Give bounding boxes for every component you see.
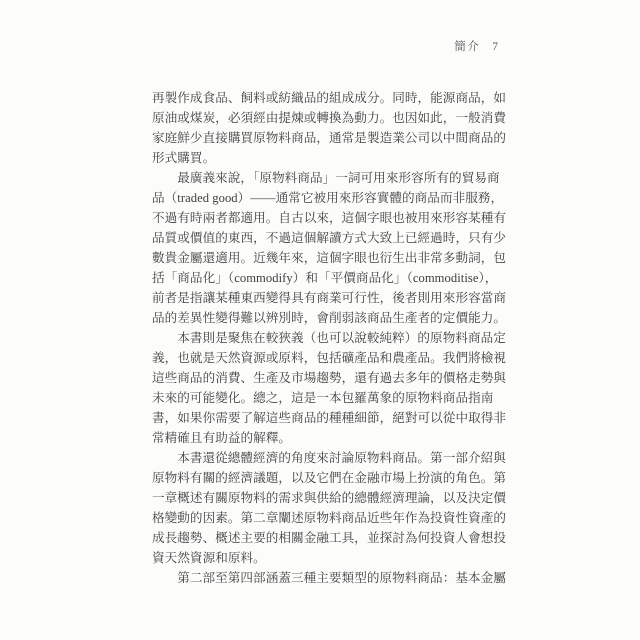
body-text-line: 家庭鮮少直接購買原物料商品，通常是製造業公司以中間商品的	[152, 128, 512, 148]
body-text-line: 本書還從總體經濟的角度來討論原物料商品。第一部介紹與	[152, 448, 512, 468]
body-text-line: 前者是指讓某種東西變得具有商業可行性，後者則用來形容當商	[152, 288, 512, 308]
running-header: 簡介7	[454, 38, 498, 54]
body-text-line: 成長趨勢、概述主要的相關金融工具，並探討為何投資人會想投	[152, 528, 512, 548]
body-text-line: 原油或煤炭，必須經由提煉或轉換為動力。也因如此，一般消費	[152, 108, 512, 128]
body-text-line: 數貴金屬還適用。近幾年來，這個字眼也衍生出非常多動詞，包	[152, 248, 512, 268]
book-page: 簡介7 再製作成食品、飼料或紡織品的組成成分。同時，能源商品，如原油或煤炭，必須…	[0, 0, 640, 640]
section-title: 簡介	[454, 41, 480, 53]
page-number: 7	[492, 41, 498, 53]
body-text-line: 品（traded good）——通常它被用來形容實體的商品而非服務，	[152, 188, 512, 208]
body-text-line: 不過有時兩者都適用。自古以來，這個字眼也被用來形容某種有	[152, 208, 512, 228]
body-text-line: 書，如果你需要了解這些商品的種種細節，絕對可以從中取得非	[152, 408, 512, 428]
body-text-line: 品的差異性變得難以辨別時，會削弱該商品生產者的定價能力。	[152, 308, 512, 328]
body-text-line: 原物料有關的經濟議題，以及它們在金融市場上扮演的角色。第	[152, 468, 512, 488]
body-text-line: 未來的可能變化。總之，這是一本包羅萬象的原物料商品指南	[152, 388, 512, 408]
body-text-line: 一章概述有關原物料的需求與供給的總體經濟理論，以及決定價	[152, 488, 512, 508]
body-text-line: 本書則是聚焦在較狹義（也可以說較純粹）的原物料商品定	[152, 328, 512, 348]
body-text-line: 再製作成食品、飼料或紡織品的組成成分。同時，能源商品，如	[152, 88, 512, 108]
body-text-line: 義，也就是天然資源或原料，包括礦產品和農產品。我們將檢視	[152, 348, 512, 368]
body-text-line: 括「商品化」（commodify）和「平價商品化」（commoditise），	[152, 268, 512, 288]
body-text-line: 形式購買。	[152, 148, 512, 168]
body-text-line: 常精確且有助益的解釋。	[152, 428, 512, 448]
body-text-line: 第二部至第四部涵蓋三種主要類型的原物料商品：基本金屬	[152, 568, 512, 588]
body-text-line: 資天然資源和原料。	[152, 548, 512, 568]
body-text-line: 格變動的因素。第二章闡述原物料商品近些年作為投資性資產的	[152, 508, 512, 528]
body-text-line: 品質或價值的東西，不過這個解讀方式大致上已經過時，只有少	[152, 228, 512, 248]
body-text: 再製作成食品、飼料或紡織品的組成成分。同時，能源商品，如原油或煤炭，必須經由提煉…	[152, 88, 512, 588]
body-text-line: 這些商品的消費、生產及市場趨勢，還有過去多年的價格走勢與	[152, 368, 512, 388]
body-text-line: 最廣義來說，「原物料商品」一詞可用來形容所有的貿易商	[152, 168, 512, 188]
